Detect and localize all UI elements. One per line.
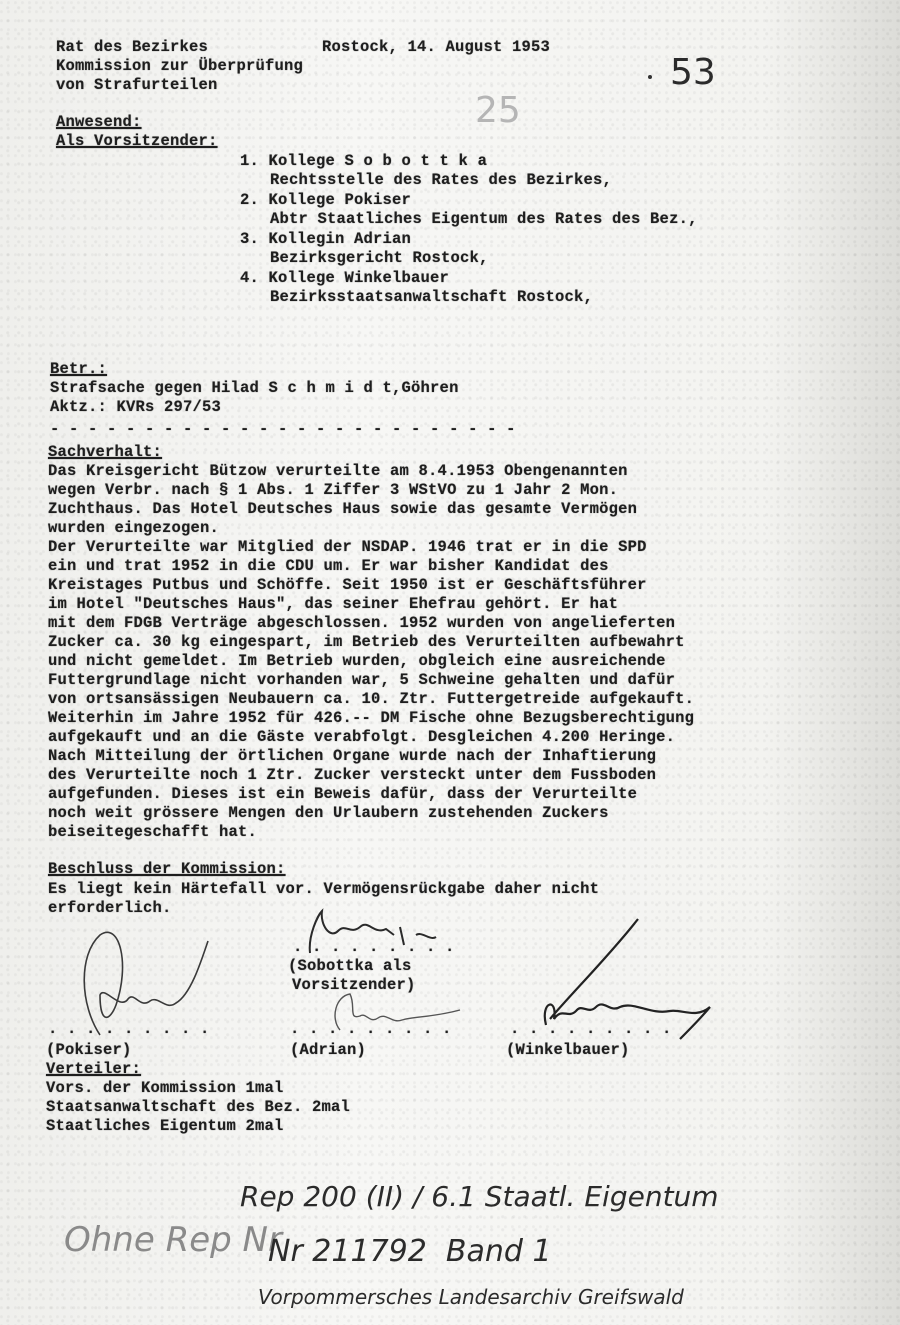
facts-line: Der Verurteilte war Mitglied der NSDAP. … <box>48 538 647 557</box>
member-number: 3. <box>240 230 259 248</box>
commission-title: Kommission zur Überprüfung <box>56 57 303 76</box>
distribution-line: Staatliches Eigentum 2mal <box>46 1117 284 1136</box>
facts-line: beiseitegeschafft hat. <box>48 823 257 842</box>
facts-line: noch weit grössere Mengen den Urlaubern … <box>48 804 609 823</box>
facts-line: Zuchthaus. Das Hotel Deutsches Haus sowi… <box>48 500 637 519</box>
member-2: 2. Kollege Pokiser <box>240 191 411 210</box>
archive-note-institution: Vorpommersches Landesarchiv Greifswald <box>258 1285 684 1309</box>
attendance-label: Anwesend: <box>56 113 142 132</box>
member-name: Kollege S o b o t t k a <box>269 152 488 170</box>
handwritten-folio-number: 25 <box>475 90 521 131</box>
member-name: Kollege Pokiser <box>269 191 412 209</box>
archive-note-repository: Rep 200 (II) / 6.1 Staatl. Eigentum <box>240 1180 719 1213</box>
member-number: 4. <box>240 269 259 287</box>
facts-line: Futtergrundlage nicht vorhanden war, 5 S… <box>48 671 675 690</box>
facts-line: Zucker ca. 30 kg eingespart, im Betrieb … <box>48 633 685 652</box>
member-name: Kollegin Adrian <box>269 230 412 248</box>
distribution-label: Verteiler: <box>46 1060 141 1079</box>
facts-line: Das Kreisgericht Bützow verurteilte am 8… <box>48 462 628 481</box>
facts-line: des Verurteilte noch 1 Ztr. Zucker verst… <box>48 766 656 785</box>
handwritten-page-number: 53 <box>670 52 716 93</box>
archive-note-number: Nr 211792 Band 1 <box>268 1234 552 1269</box>
decision-line-1: Es liegt kein Härtefall vor. Vermögensrü… <box>48 880 599 899</box>
facts-line: aufgekauft und an die Gäste verabfolgt. … <box>48 728 675 747</box>
case-title: Strafsache gegen Hilad S c h m i d t,Göh… <box>50 379 459 398</box>
facts-line: aufgefunden. Dieses ist ein Beweis dafür… <box>48 785 637 804</box>
facts-line: Nach Mitteilung der örtlichen Organe wur… <box>48 747 656 766</box>
signature-dots-middle: . . . . . . . . . <box>290 1020 452 1039</box>
member-number: 2. <box>240 191 259 209</box>
member-name: Kollege Winkelbauer <box>269 269 450 287</box>
distribution-line: Staatsanwaltschaft des Bez. 2mal <box>46 1098 350 1117</box>
facts-line: Kreistages Putbus und Schöffe. Seit 1950… <box>48 576 647 595</box>
facts-line: wegen Verbr. nach § 1 Abs. 1 Ziffer 3 WS… <box>48 481 618 500</box>
member-1: 1. Kollege S o b o t t k a <box>240 152 487 171</box>
facts-line: Weiterhin im Jahre 1952 für 426.-- DM Fi… <box>48 709 694 728</box>
signature-dots-chair: . . . . . . . . . <box>293 938 455 957</box>
facts-line: von ortsansässigen Neubauern ca. 10. Ztr… <box>48 690 694 709</box>
member-4-role: Bezirksstaatsanwaltschaft Rostock, <box>270 288 593 307</box>
signature-caption-pokiser: (Pokiser) <box>46 1041 132 1060</box>
facts-line: ein und trat 1952 in die CDU um. Er war … <box>48 557 609 576</box>
chair-label: Als Vorsitzender: <box>56 132 218 151</box>
decision-label: Beschluss der Kommission: <box>48 860 286 879</box>
subject-label: Betr.: <box>50 360 107 379</box>
place-date: Rostock, 14. August 1953 <box>322 38 550 57</box>
distribution-line: Vors. der Kommission 1mal <box>46 1079 284 1098</box>
signature-caption-chair: (Sobottka als <box>288 957 412 976</box>
member-1-role: Rechtsstelle des Rates des Bezirkes, <box>270 171 612 190</box>
member-3: 3. Kollegin Adrian <box>240 230 411 249</box>
facts-line: und nicht gemeldet. Im Betrieb wurden, o… <box>48 652 666 671</box>
signature-caption-winkelbauer: (Winkelbauer) <box>506 1041 630 1060</box>
case-file-number: Aktz.: KVRs 297/53 <box>50 398 221 417</box>
facts-label: Sachverhalt: <box>48 443 162 462</box>
ink-dot <box>648 75 652 79</box>
document-page: Rat des Bezirkes Rostock, 14. August 195… <box>0 0 900 1325</box>
archive-note-no-rep: Ohne Rep Nr <box>64 1220 282 1260</box>
decision-line-2: erforderlich. <box>48 899 172 918</box>
facts-line: mit dem FDGB Verträge abgeschlossen. 195… <box>48 614 675 633</box>
commission-subtitle: von Strafurteilen <box>56 76 218 95</box>
signature-dots-right: . . . . . . . . . <box>510 1020 672 1039</box>
member-4: 4. Kollege Winkelbauer <box>240 269 449 288</box>
member-2-role: Abtr Staatliches Eigentum des Rates des … <box>270 210 698 229</box>
member-number: 1. <box>240 152 259 170</box>
authority-heading: Rat des Bezirkes <box>56 38 208 57</box>
member-3-role: Bezirksgericht Rostock, <box>270 249 489 268</box>
signature-dots-left: . . . . . . . . . <box>48 1020 210 1039</box>
separator-line: - - - - - - - - - - - - - - - - - - - - … <box>50 420 516 439</box>
facts-line: wurden eingezogen. <box>48 519 219 538</box>
signature-caption-adrian: (Adrian) <box>290 1041 366 1060</box>
facts-line: im Hotel "Deutsches Haus", das seiner Eh… <box>48 595 618 614</box>
